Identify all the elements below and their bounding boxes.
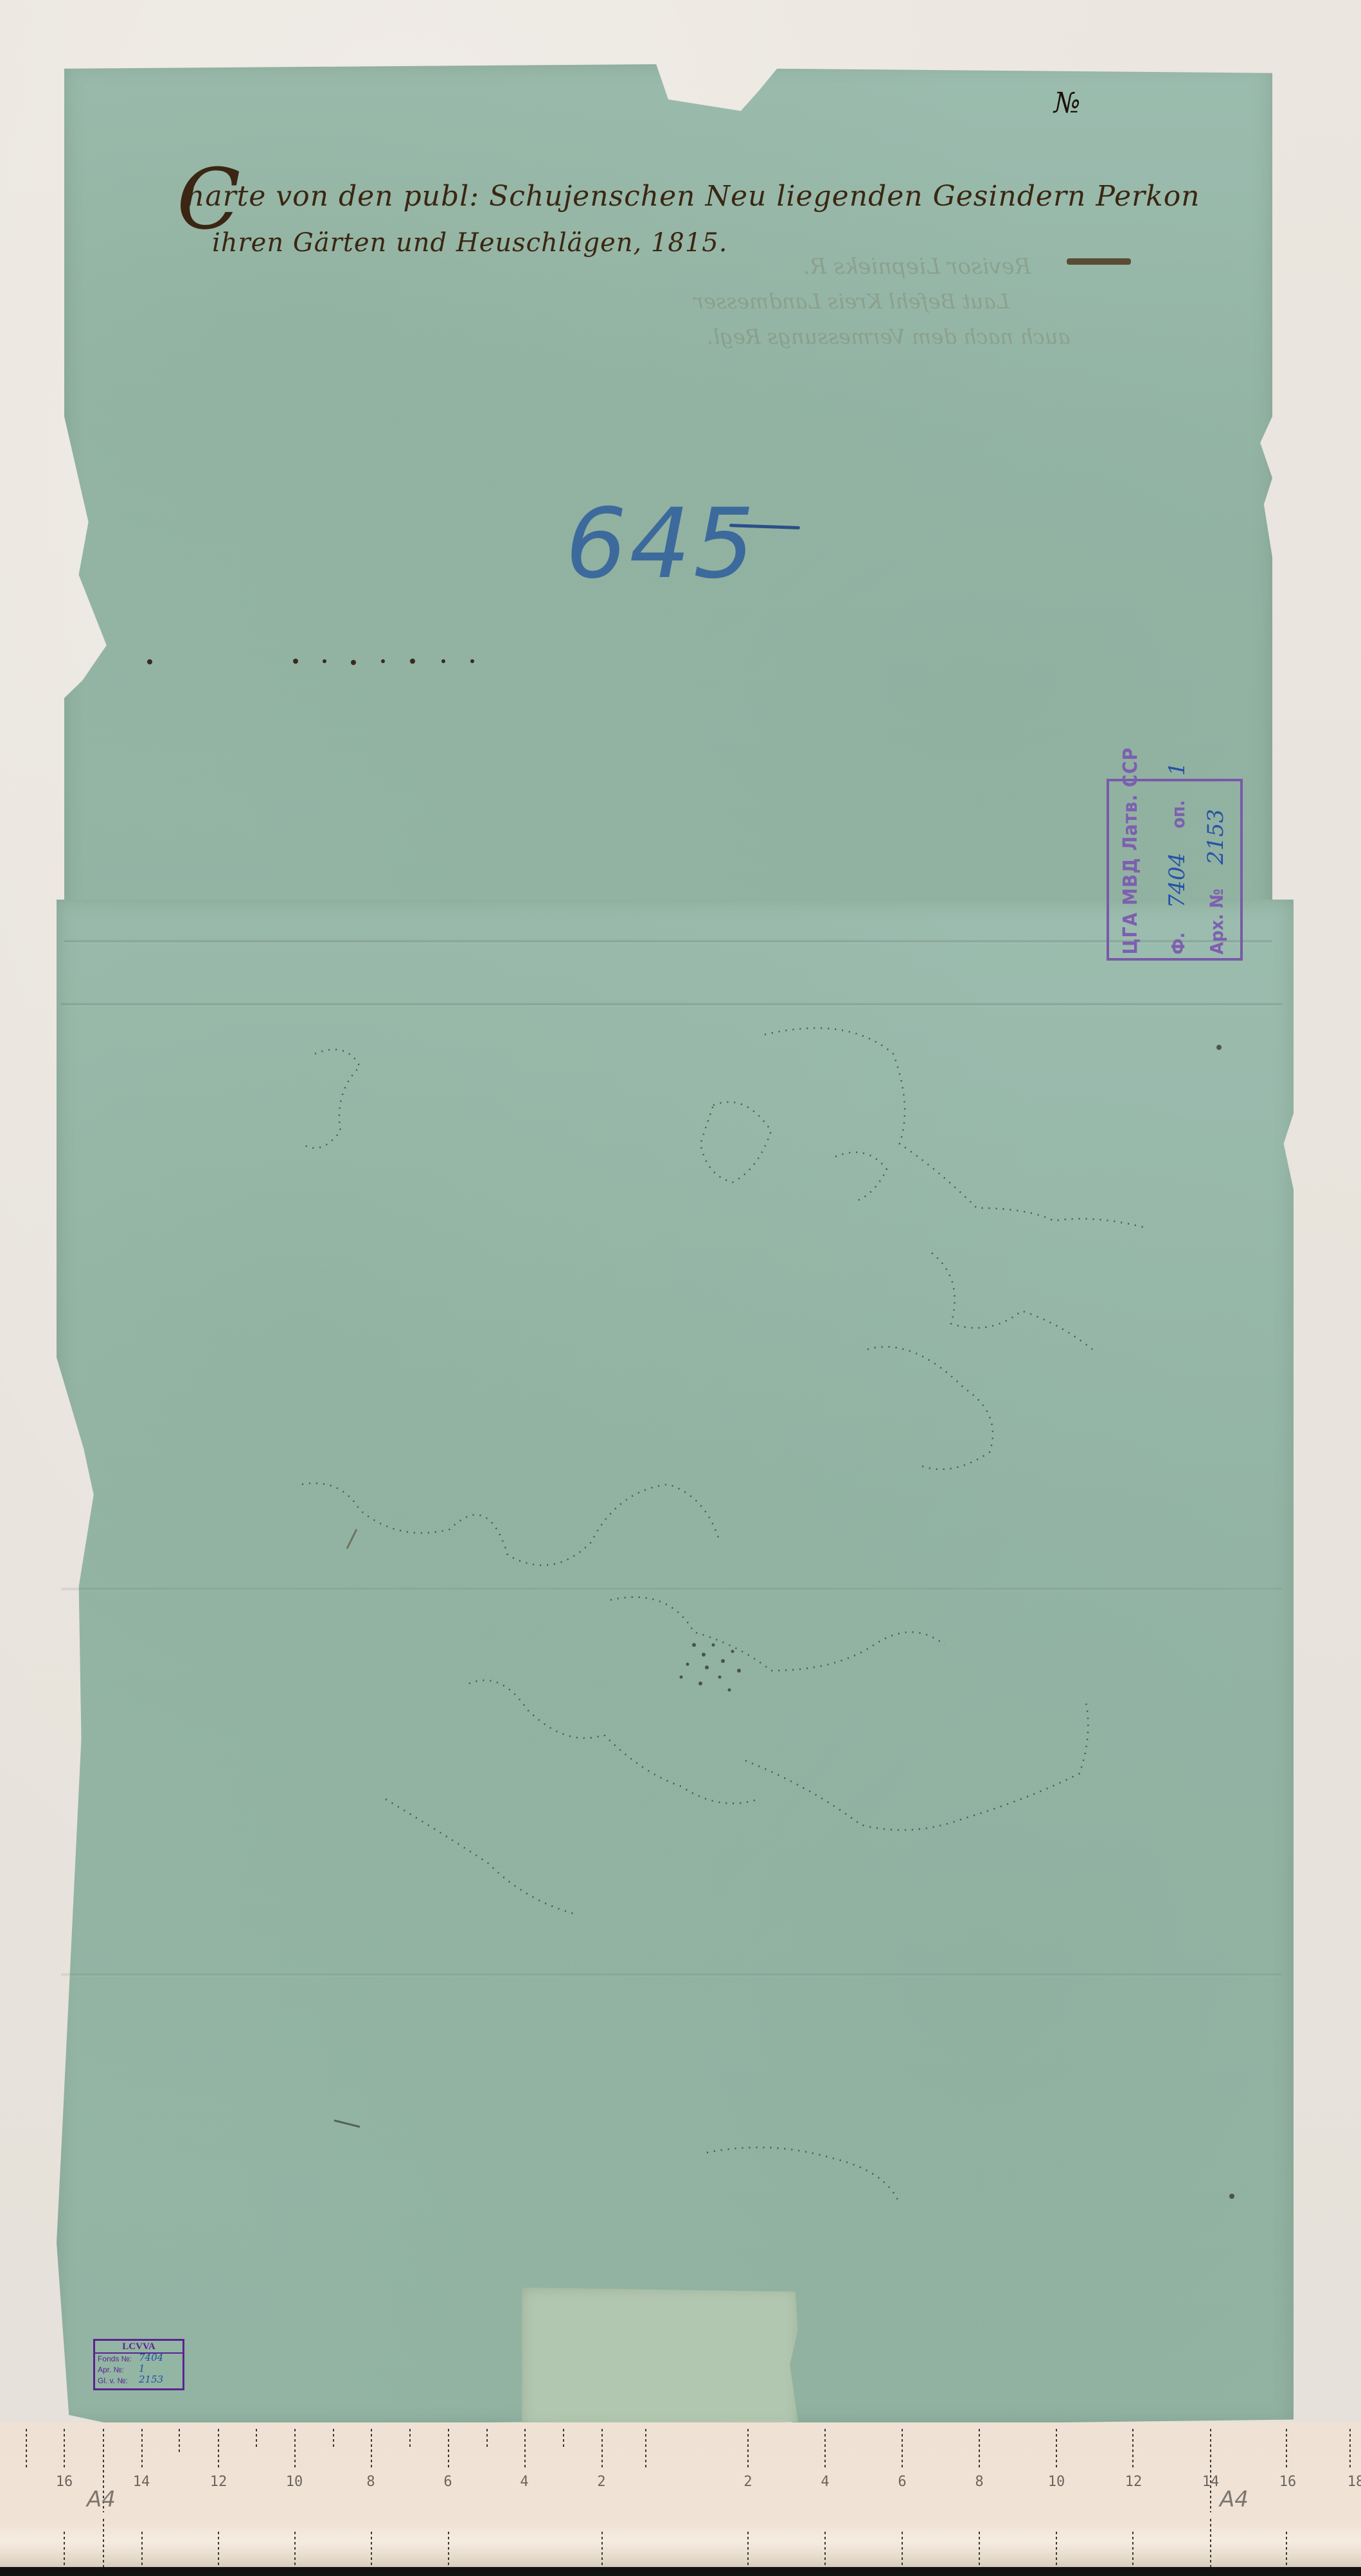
scale-ruler [0,2422,1361,2567]
lcvva-fonds-value: 7404 [139,2352,163,2363]
soviet-archive-stamp: ЦГА МВД Латв. ССР Ф. 7404 оп. 1 Арх. № 2… [1107,779,1243,961]
stamp-fond-label: Ф. [1168,932,1189,954]
ruler-label: 4 [520,2474,528,2490]
repair-paper-patch [522,2287,798,2428]
stamp-arch-value: 2153 [1203,809,1229,865]
stamp-fond-row: Ф. 7404 оп. 1 [1164,761,1190,954]
ruler-label: 6 [898,2474,906,2490]
ruler-label: 14 [1202,2474,1220,2490]
lcvva-archive-stamp: LCVVA Fonds №: 7404 Apr. №: 1 Gl. v. №: … [93,2339,184,2390]
ruler-format-label-right: A4 [1220,2487,1249,2512]
lcvva-apr-label: Apr. №: [98,2365,124,2374]
ruler-label: 4 [821,2474,829,2490]
stamp-fond-value: 7404 [1164,852,1190,908]
ruler-label: 12 [1125,2474,1143,2490]
ruler-label: 8 [366,2474,375,2490]
ruler-label: 18 [1348,2474,1361,2490]
ruler-format-label-left: A4 [87,2487,116,2512]
lcvva-row-glv: Gl. v. №: 2153 [95,2376,182,2386]
lcvva-fonds-label: Fonds №: [98,2354,132,2363]
ruler-label: 10 [1048,2474,1065,2490]
ruler-label: 6 [443,2474,452,2490]
ruler-label: 16 [1279,2474,1297,2490]
stamp-arch-row: Арх. № 2153 [1203,809,1229,954]
ruler-label: 16 [56,2474,73,2490]
ruler-label: 2 [597,2474,605,2490]
stamp-opis-value: 1 [1164,761,1190,776]
lcvva-glv-label: Gl. v. №: [98,2376,128,2385]
ruler-label: 12 [210,2474,227,2490]
stamp-arch-label: Арх. № [1206,889,1227,954]
lcvva-apr-value: 1 [139,2363,145,2374]
stamp-opis-label: оп. [1168,800,1189,828]
lcvva-glv-value: 2153 [139,2374,163,2385]
ruler-label: 14 [133,2474,150,2490]
ruler-edge [0,2567,1361,2576]
ruler-label: 10 [286,2474,303,2490]
ruler-label: 8 [975,2474,983,2490]
survey-dot-outlines [0,0,1361,2576]
stamp-archive-name: ЦГА МВД Латв. ССР [1119,747,1142,954]
ruler-label: 2 [743,2474,752,2490]
